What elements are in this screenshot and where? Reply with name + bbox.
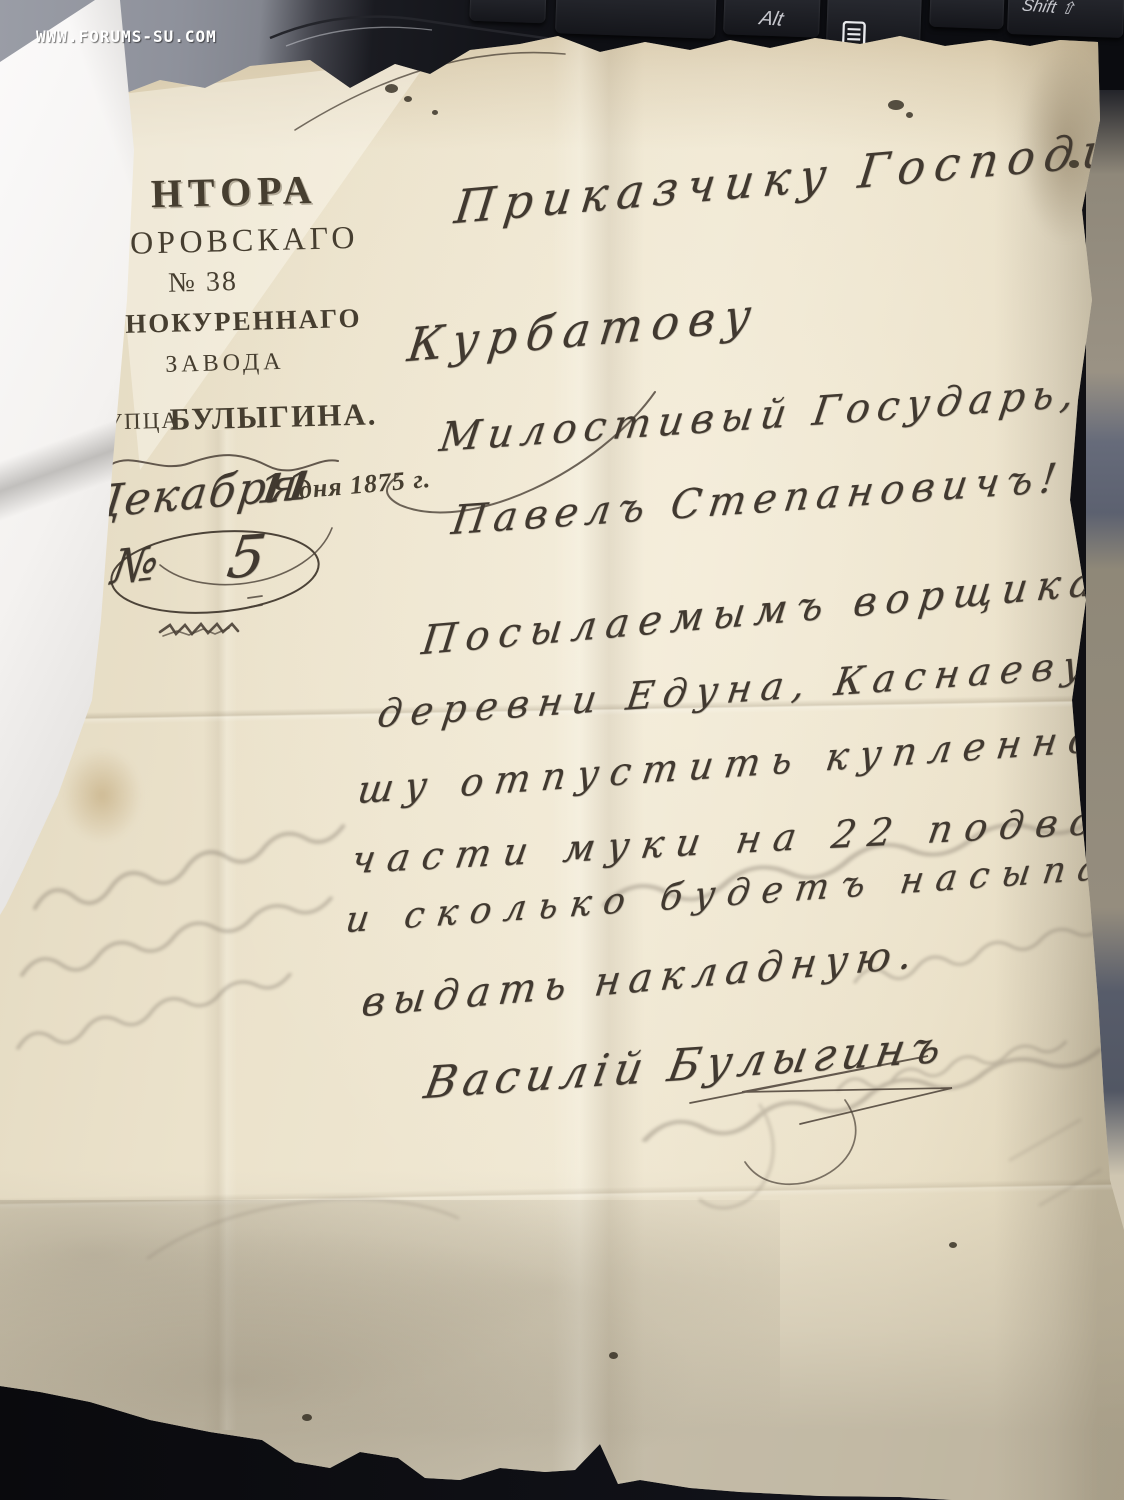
letterhead-line5: ЗАВОДА — [165, 349, 285, 379]
doc-number-sign: № — [108, 535, 162, 595]
keyboard-key — [469, 0, 546, 23]
letterhead-line2: ОРОВСКАГО — [130, 219, 359, 262]
keyboard-key — [555, 0, 717, 39]
alt-key: Alt — [723, 0, 821, 38]
document-paper: НТОРА ОРОВСКАГО № 38 ИНОКУРЕННАГО ЗАВОДА… — [0, 0, 1124, 1500]
shift-key-label: Shift ⇧ — [1020, 0, 1077, 19]
shift-key: Shift ⇧ — [1007, 0, 1124, 38]
keyboard-key — [929, 0, 1004, 29]
watermark: WWW.FORUMS-SU.COM — [36, 27, 217, 46]
alt-key-label: Alt — [757, 7, 785, 31]
letterhead-line1: НТОРА — [150, 166, 318, 217]
letterhead-line3: № 38 — [168, 266, 239, 300]
letterhead-line6-name: БУЛЫГИНА. — [169, 396, 378, 437]
